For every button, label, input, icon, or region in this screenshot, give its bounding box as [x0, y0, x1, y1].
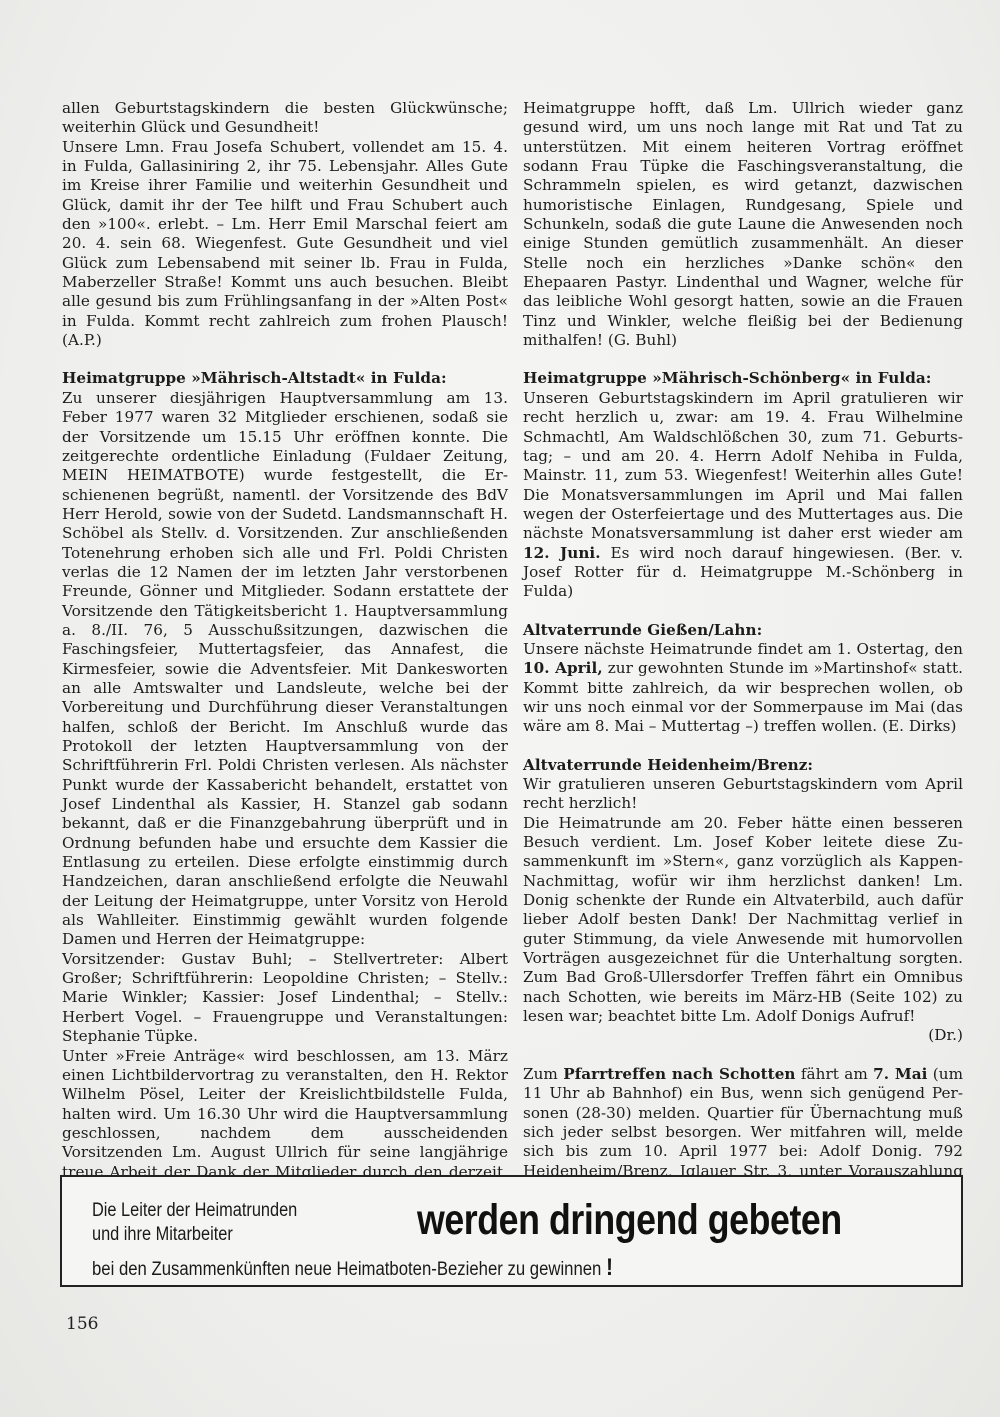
altstadt-paragraph: Zu unserer diesjährigen Hauptversammlung…: [62, 389, 508, 950]
section-heading-schoenberg: Heimatgruppe »Mährisch-Schönberg« in Ful…: [523, 369, 963, 388]
intro-paragraph: Unsere Lmn. Frau Josefa Schubert, vollen…: [62, 138, 508, 351]
left-column: allen Geburtstagskindern die besten Glüc…: [62, 99, 508, 1201]
schoenberg-paragraph: Unseren Geburtstagskindern im April grat…: [523, 389, 963, 602]
heidenheim-signature: (Dr.): [523, 1026, 963, 1045]
page-number: 156: [66, 1314, 98, 1334]
section-heading-giessen: Altvaterrunde Gießen/Lahn:: [523, 621, 963, 640]
bold-date: 12. Juni.: [523, 544, 601, 562]
bold-date: 10. April,: [523, 659, 603, 677]
bold-event: Pfarrtreffen nach Schotten: [563, 1065, 795, 1083]
notice-box: Die Leiter der Heimatrunden und ihre Mit…: [60, 1175, 963, 1287]
notice-left-line-2: und ihre Mitarbeiter: [92, 1223, 297, 1247]
intro-paragraph: allen Geburtstagskindern die besten Glüc…: [62, 99, 508, 138]
heidenheim-paragraph: Die Heimatrunde am 20. Feber hätte einen…: [523, 814, 963, 1027]
right-column: Heimatgruppe hofft, daß Lm. Ullrich wied…: [523, 99, 963, 1200]
document-page: allen Geburtstagskindern die besten Glüc…: [0, 0, 1000, 1417]
altstadt-paragraph: Vorsitzender: Gustav Buhl; – Stellvertre…: [62, 950, 508, 1047]
bold-date: 7. Mai: [873, 1065, 927, 1083]
notice-left-lines: Die Leiter der Heimatrunden und ihre Mit…: [92, 1199, 297, 1247]
notice-bottom-line: bei den Zusammenkünften neue Heimatboten…: [92, 1256, 613, 1282]
section-heading-heidenheim: Altvaterrunde Heidenheim/Brenz:: [523, 756, 963, 775]
continuation-paragraph: Heimatgruppe hofft, daß Lm. Ullrich wied…: [523, 99, 963, 350]
giessen-paragraph: Unsere nächste Heimatrunde findet am 1. …: [523, 640, 963, 737]
exclamation-mark: !: [606, 1254, 613, 1281]
section-heading-altstadt: Heimatgruppe »Mährisch-Altstadt« in Fuld…: [62, 369, 508, 388]
notice-left-line-1: Die Leiter der Heimatrunden: [92, 1199, 297, 1223]
heidenheim-paragraph: Wir gratulieren unseren Geburtstagskinde…: [523, 775, 963, 814]
notice-headline: werden dringend gebeten: [417, 1195, 842, 1245]
